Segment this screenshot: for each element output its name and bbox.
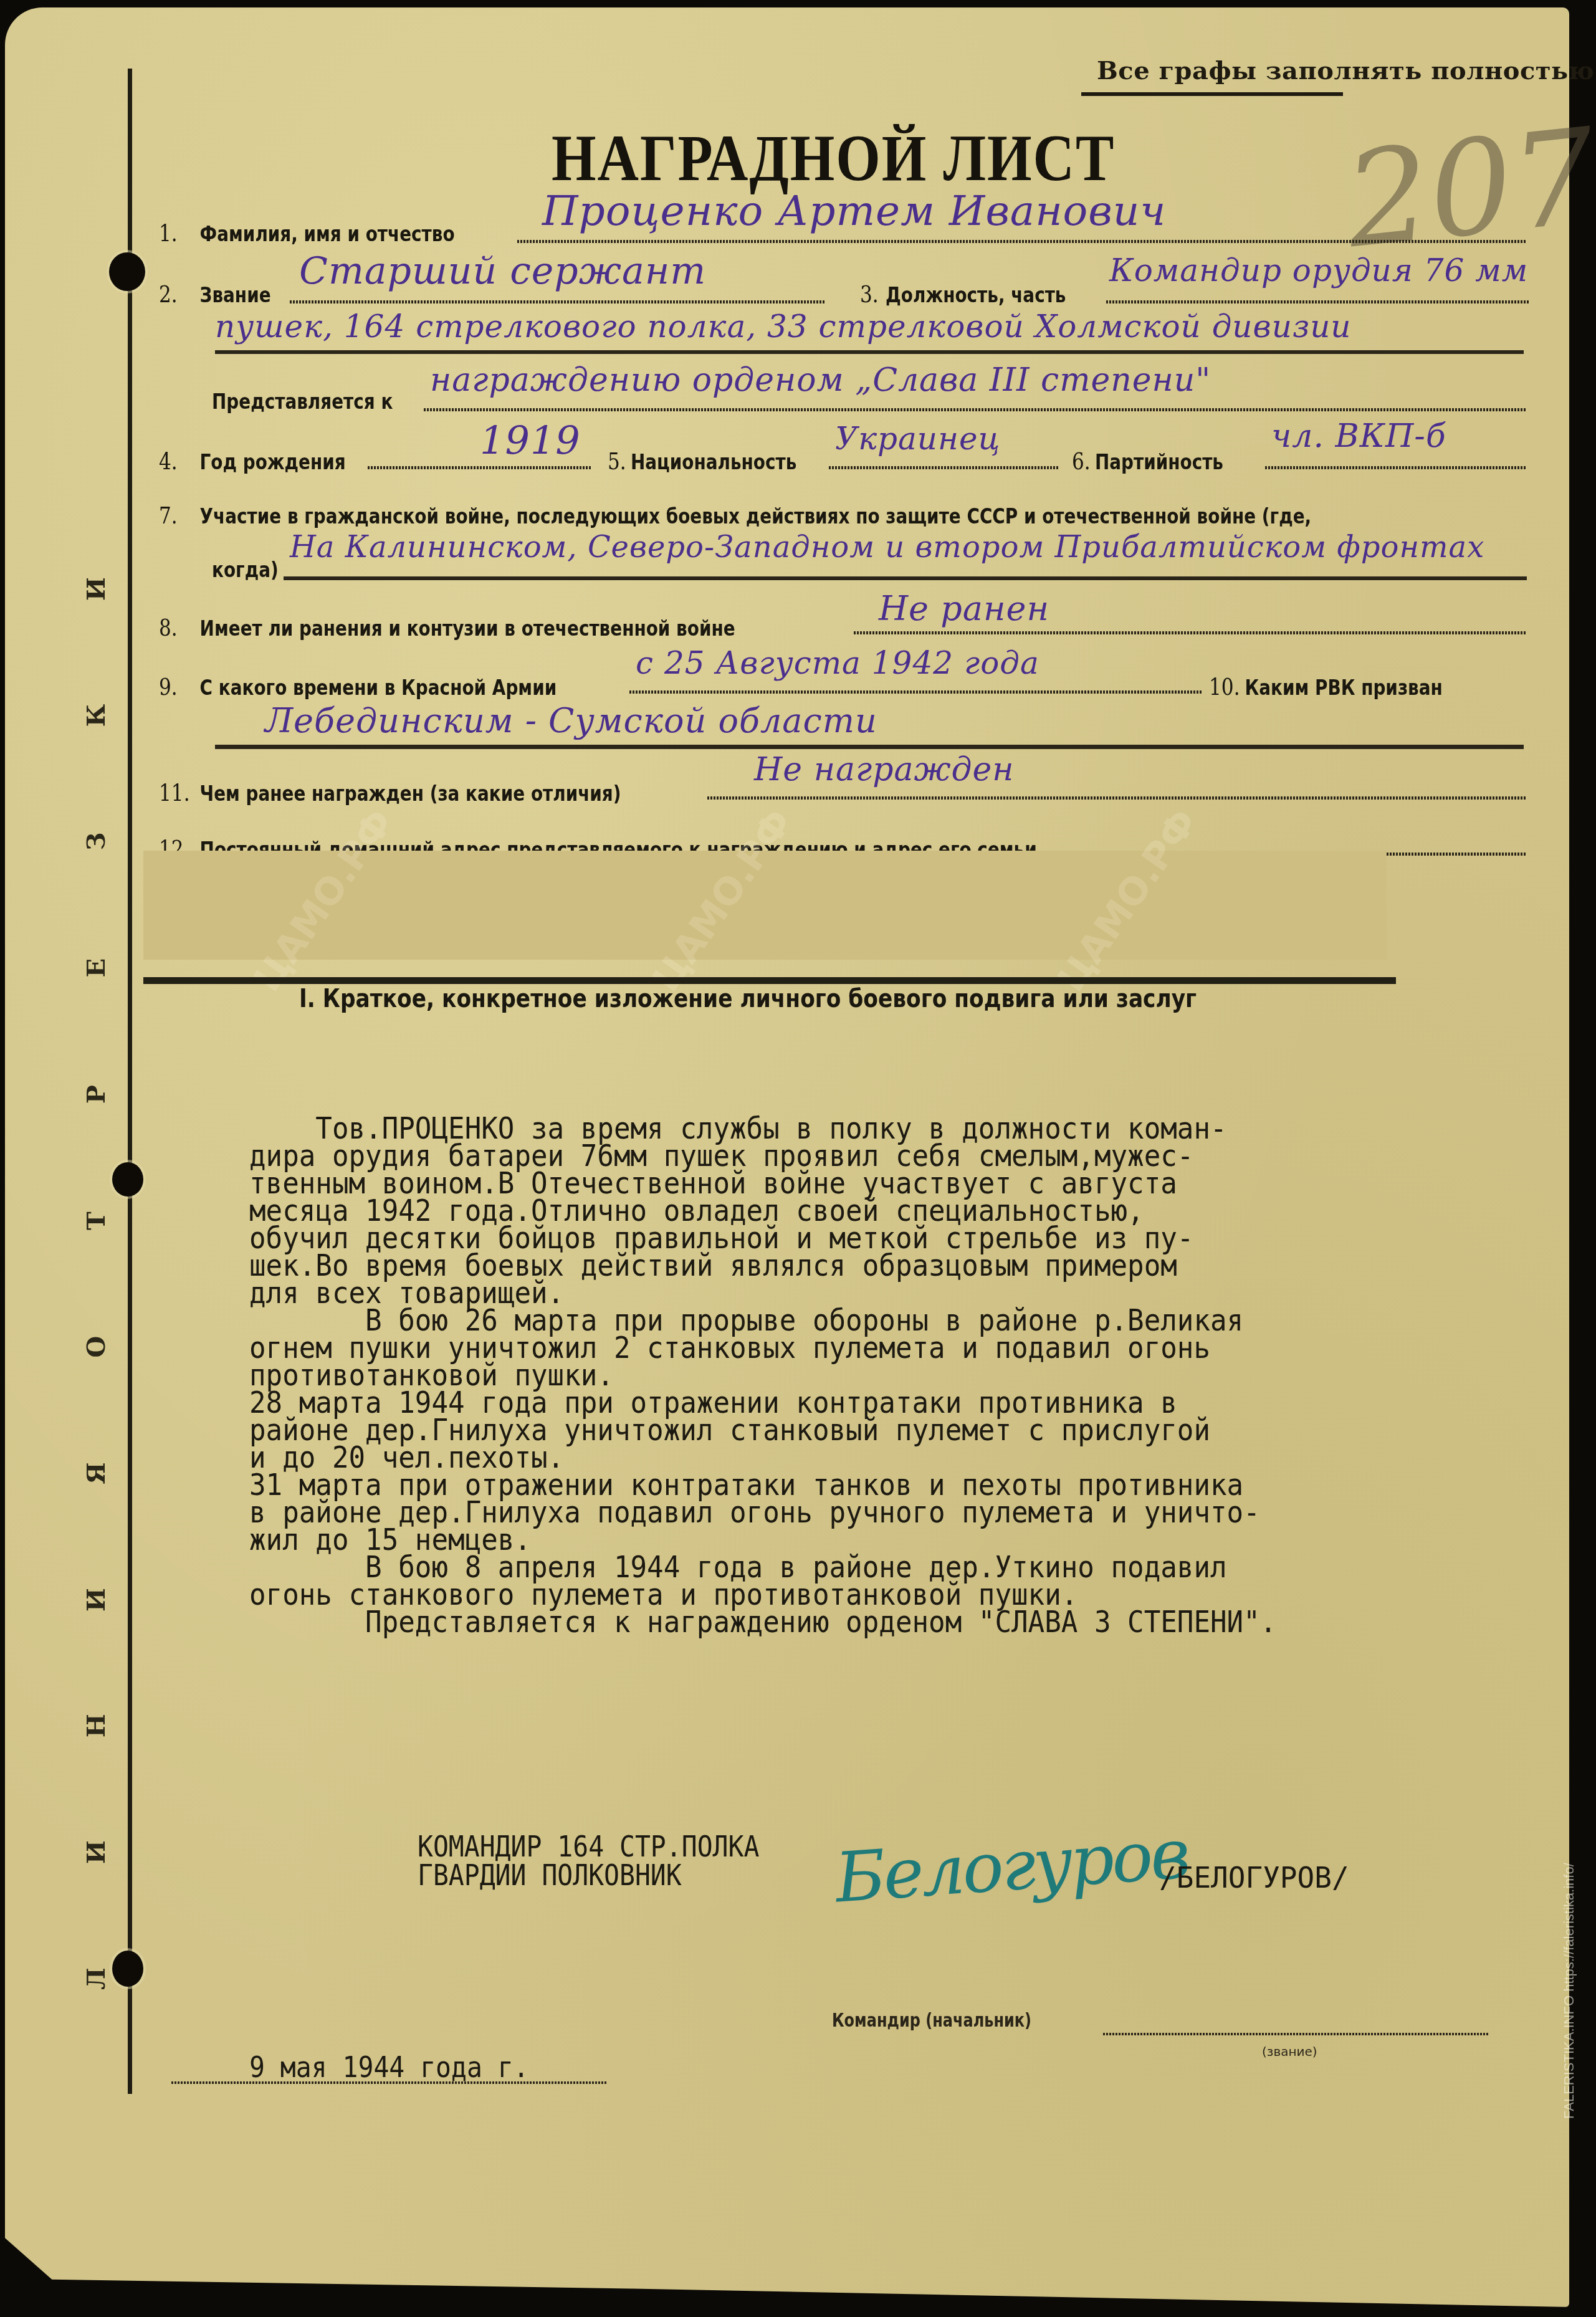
- field-rule: [368, 466, 592, 469]
- field-number: 11.: [159, 779, 200, 806]
- rank-value: Старший сержант: [299, 249, 706, 293]
- army-since-value: с 25 Августа 1942 года: [636, 645, 1039, 681]
- field-rule: [424, 408, 1527, 411]
- field-label: С какого времени в Красной Армии: [200, 676, 557, 700]
- commander-signature-line: [1103, 2033, 1489, 2035]
- field-label: Каким РВК призван: [1245, 676, 1442, 700]
- field-rule: [629, 690, 1203, 694]
- side-letter: З: [84, 833, 109, 851]
- field-rule: [854, 631, 1527, 634]
- field-label: Должность, часть: [886, 283, 1066, 308]
- full-name-value: Проценко Артем Иванович: [542, 187, 1166, 235]
- date-suffix: г.: [498, 2050, 529, 2084]
- side-letter: Е: [84, 958, 109, 978]
- merit-line: Представляется к награждению орденом "СЛ…: [249, 1608, 1396, 1636]
- field-wounds: 8.Имеет ли ранения и контузии в отечеств…: [159, 614, 1261, 641]
- side-letter: И: [84, 1840, 109, 1864]
- wounds-value: Не ранен: [879, 589, 1049, 628]
- party-value: чл. ВКП-б: [1271, 418, 1446, 455]
- war-participation-value: На Калининском, Северо-Западном и втором…: [290, 530, 1484, 565]
- field-war-participation: 7.Участие в гражданской войне, последующ…: [159, 502, 1261, 529]
- signer-name: /БЕЛОГУРОВ/: [1159, 1861, 1349, 1894]
- field-number: 9.: [159, 673, 200, 700]
- field-rule: [829, 466, 1059, 469]
- merit-description: Тов.ПРОЦЕНКО за время службы в полку в д…: [249, 1087, 1396, 1663]
- field-number: 6.: [1072, 447, 1095, 475]
- field-previous-awards: 11.Чем ранее награжден (за какие отличия…: [159, 779, 1261, 806]
- nominated-for-value: награждению орденом „Слава III степени": [430, 361, 1211, 399]
- section-divider: [143, 977, 1396, 984]
- field-number: 1.: [159, 219, 200, 247]
- field-rule: [1265, 466, 1527, 469]
- position-value: Командир орудия 76 мм: [1109, 252, 1528, 289]
- field-number: 10.: [1209, 673, 1245, 700]
- document-title: НАГРАДНОЙ ЛИСТ: [552, 120, 1115, 196]
- field-label: когда): [212, 558, 279, 583]
- field-number: 5.: [608, 447, 631, 475]
- field-rule: [215, 745, 1524, 749]
- top-instruction-note: Все графы заполнять полностью: [1097, 56, 1594, 85]
- field-label: Участие в гражданской войне, последующих…: [200, 504, 1312, 529]
- signer-rank-line: ГВАРДИИ ПОЛКОВНИК: [418, 1861, 759, 1889]
- cut-margin-line: [128, 69, 132, 2094]
- side-letter: Р: [84, 1085, 109, 1104]
- nationality-value: Украинец: [835, 421, 1000, 457]
- side-letter: О: [84, 1336, 109, 1358]
- field-label: Год рождения: [200, 450, 346, 475]
- document-date: 9 мая 1944 года г.: [249, 2050, 529, 2084]
- date-value: 9 мая 1944 года: [249, 2050, 482, 2084]
- side-letter: Л: [84, 1967, 109, 1989]
- field-number: 3.: [860, 280, 886, 308]
- previous-awards-value: Не награжден: [754, 751, 1015, 788]
- field-number: 7.: [159, 502, 200, 529]
- field-rule: [707, 796, 1527, 800]
- field-rule: [1106, 300, 1530, 303]
- position-value-continuation: пушек, 164 стрелкового полка, 33 стрелко…: [215, 308, 1352, 345]
- commander-label: Командир (начальник): [832, 2010, 1031, 2032]
- date-underline: [171, 2081, 608, 2084]
- top-note-underline: [1081, 92, 1343, 96]
- field-label: Имеет ли ранения и контузии в отечествен…: [200, 616, 735, 641]
- field-rule: [215, 350, 1524, 354]
- rank-caption: (звание): [1262, 2044, 1317, 2059]
- side-letter: И: [84, 1588, 109, 1612]
- signer-position: КОМАНДИР 164 СТР.ПОЛКАГВАРДИИ ПОЛКОВНИК: [418, 1832, 759, 1889]
- field-rule: [517, 240, 1527, 243]
- field-number: 8.: [159, 614, 200, 641]
- field-label: Звание: [200, 283, 271, 308]
- field-label: Представляется к: [212, 389, 393, 414]
- side-letter: И: [84, 577, 109, 601]
- archive-number-handwritten: 207: [1339, 100, 1596, 278]
- signer-position-line: КОМАНДИР 164 СТР.ПОЛКА: [418, 1832, 759, 1861]
- punch-hole-top: [109, 252, 145, 291]
- field-number: 4.: [159, 447, 200, 475]
- section-heading: I. Краткое, конкретное изложение личного…: [299, 985, 1197, 1013]
- side-letter: Я: [84, 1462, 109, 1484]
- field-draft-office: 10.Каким РВК призван: [1209, 673, 1450, 700]
- side-letter: К: [84, 704, 109, 727]
- field-label: Фамилия, имя и отчество: [200, 222, 455, 247]
- side-letter: Н: [84, 1714, 109, 1738]
- field-rule: [284, 576, 1527, 580]
- field-number: 2.: [159, 280, 200, 308]
- field-label: Партийность: [1095, 450, 1223, 475]
- side-letter: Т: [84, 1211, 109, 1230]
- draft-office-value: Лебединским - Сумской области: [265, 701, 877, 740]
- birth-year-value: 1919: [480, 418, 581, 463]
- source-credit: FALERISTIKA.INFO https://faleristika.inf…: [1561, 1863, 1577, 2119]
- field-label: Чем ранее награжден (за какие отличия): [200, 781, 621, 806]
- field-rule: [290, 300, 826, 303]
- cut-line-vertical-text: И К З Е Р Т О Я И Н И Л: [84, 576, 109, 1991]
- punch-hole-bottom: [112, 1951, 143, 1987]
- field-label: Национальность: [631, 450, 796, 475]
- punch-hole-middle: [112, 1162, 143, 1197]
